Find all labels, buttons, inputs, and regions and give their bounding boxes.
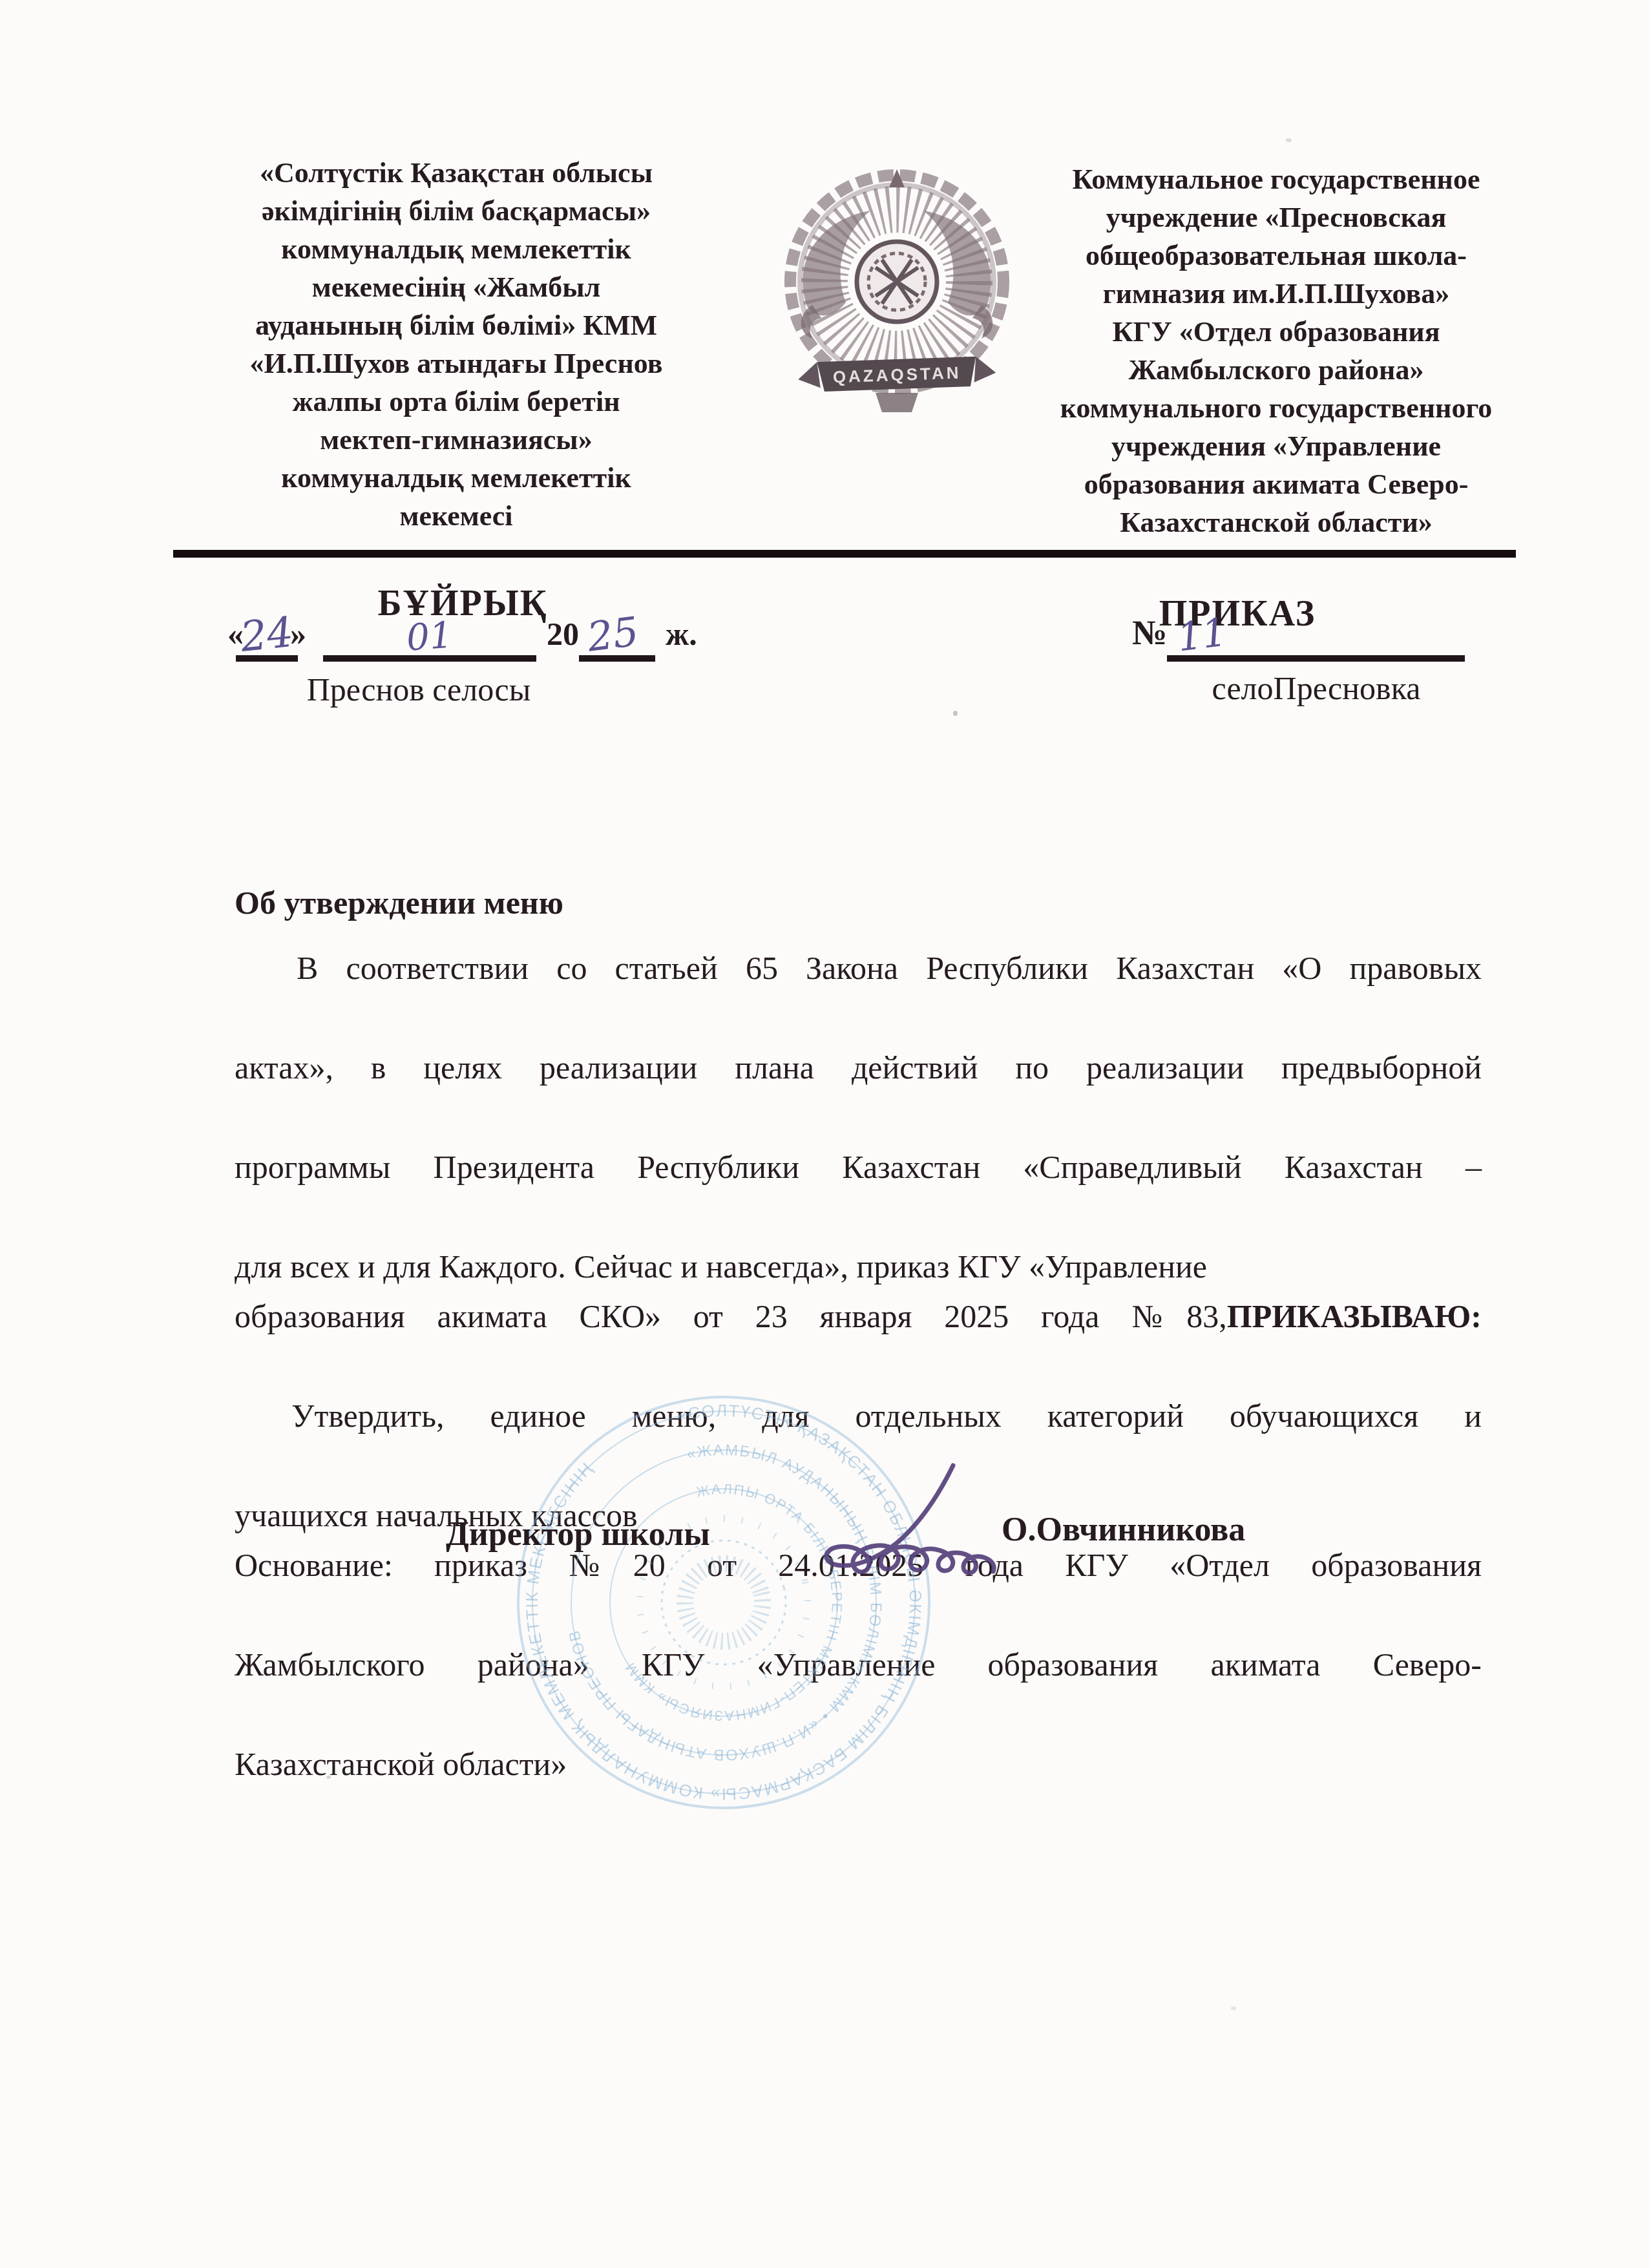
signature-role-label: Директор школы [446, 1515, 710, 1553]
order-number-line: № 11 [1003, 613, 1465, 662]
handwritten-day: 24 [238, 610, 295, 661]
official-round-stamp: «СОЛТҮСТІК ҚАЗАҚСТАН ОБЛЫСЫ ӘКІМДІГІНІҢ … [498, 1376, 950, 1829]
director-signature-ink [733, 1454, 1005, 1602]
handwritten-year: 25 [585, 610, 641, 660]
date-day-blank: 24 [236, 610, 298, 662]
header-organization-ru: Коммунальное государственноеучреждение «… [1003, 160, 1549, 541]
scan-speck [1231, 2006, 1236, 2010]
handwritten-number: 11 [1175, 611, 1230, 660]
date-year-blank: 25 [579, 611, 655, 662]
date-year-printed: 20 [547, 615, 579, 662]
p1-order-word: ПРИКАЗЫВАЮ: [1227, 1298, 1482, 1334]
date-month-blank: 01 [323, 616, 536, 662]
header-divider-rule [173, 550, 1516, 558]
signature-director-name: О.Овчинникова [1002, 1511, 1245, 1549]
number-sign: № [1132, 613, 1167, 662]
scan-speck [326, 1776, 331, 1779]
kazakhstan-coat-of-arms-icon: QAZAQSTAN [779, 165, 1015, 421]
date-year-suffix: ж. [666, 615, 697, 662]
header-organization-kk: «Солтүстік Қазақстан облысыәкімдігінің б… [211, 154, 702, 535]
order-place-kk: Преснов селосы [171, 671, 666, 708]
scan-speck [953, 711, 958, 716]
handwritten-month: 01 [405, 615, 454, 658]
order-place-ru: селоПресновка [1043, 669, 1590, 707]
scan-speck [1286, 138, 1292, 142]
number-blank: 11 [1167, 613, 1465, 662]
paragraph-legal-basis: В соответствии со статьей 65 Закона Респ… [235, 943, 1482, 1292]
p1-last-normal: образования акимата СКО» от 23 января 20… [235, 1298, 1227, 1334]
order-subject: Об утверждении меню [235, 884, 563, 921]
scanned-order-document: «Солтүстік Қазақстан облысыәкімдігінің б… [0, 0, 1649, 2268]
order-date-line-kk: « 24 » 01 20 25 ж. [227, 610, 697, 662]
